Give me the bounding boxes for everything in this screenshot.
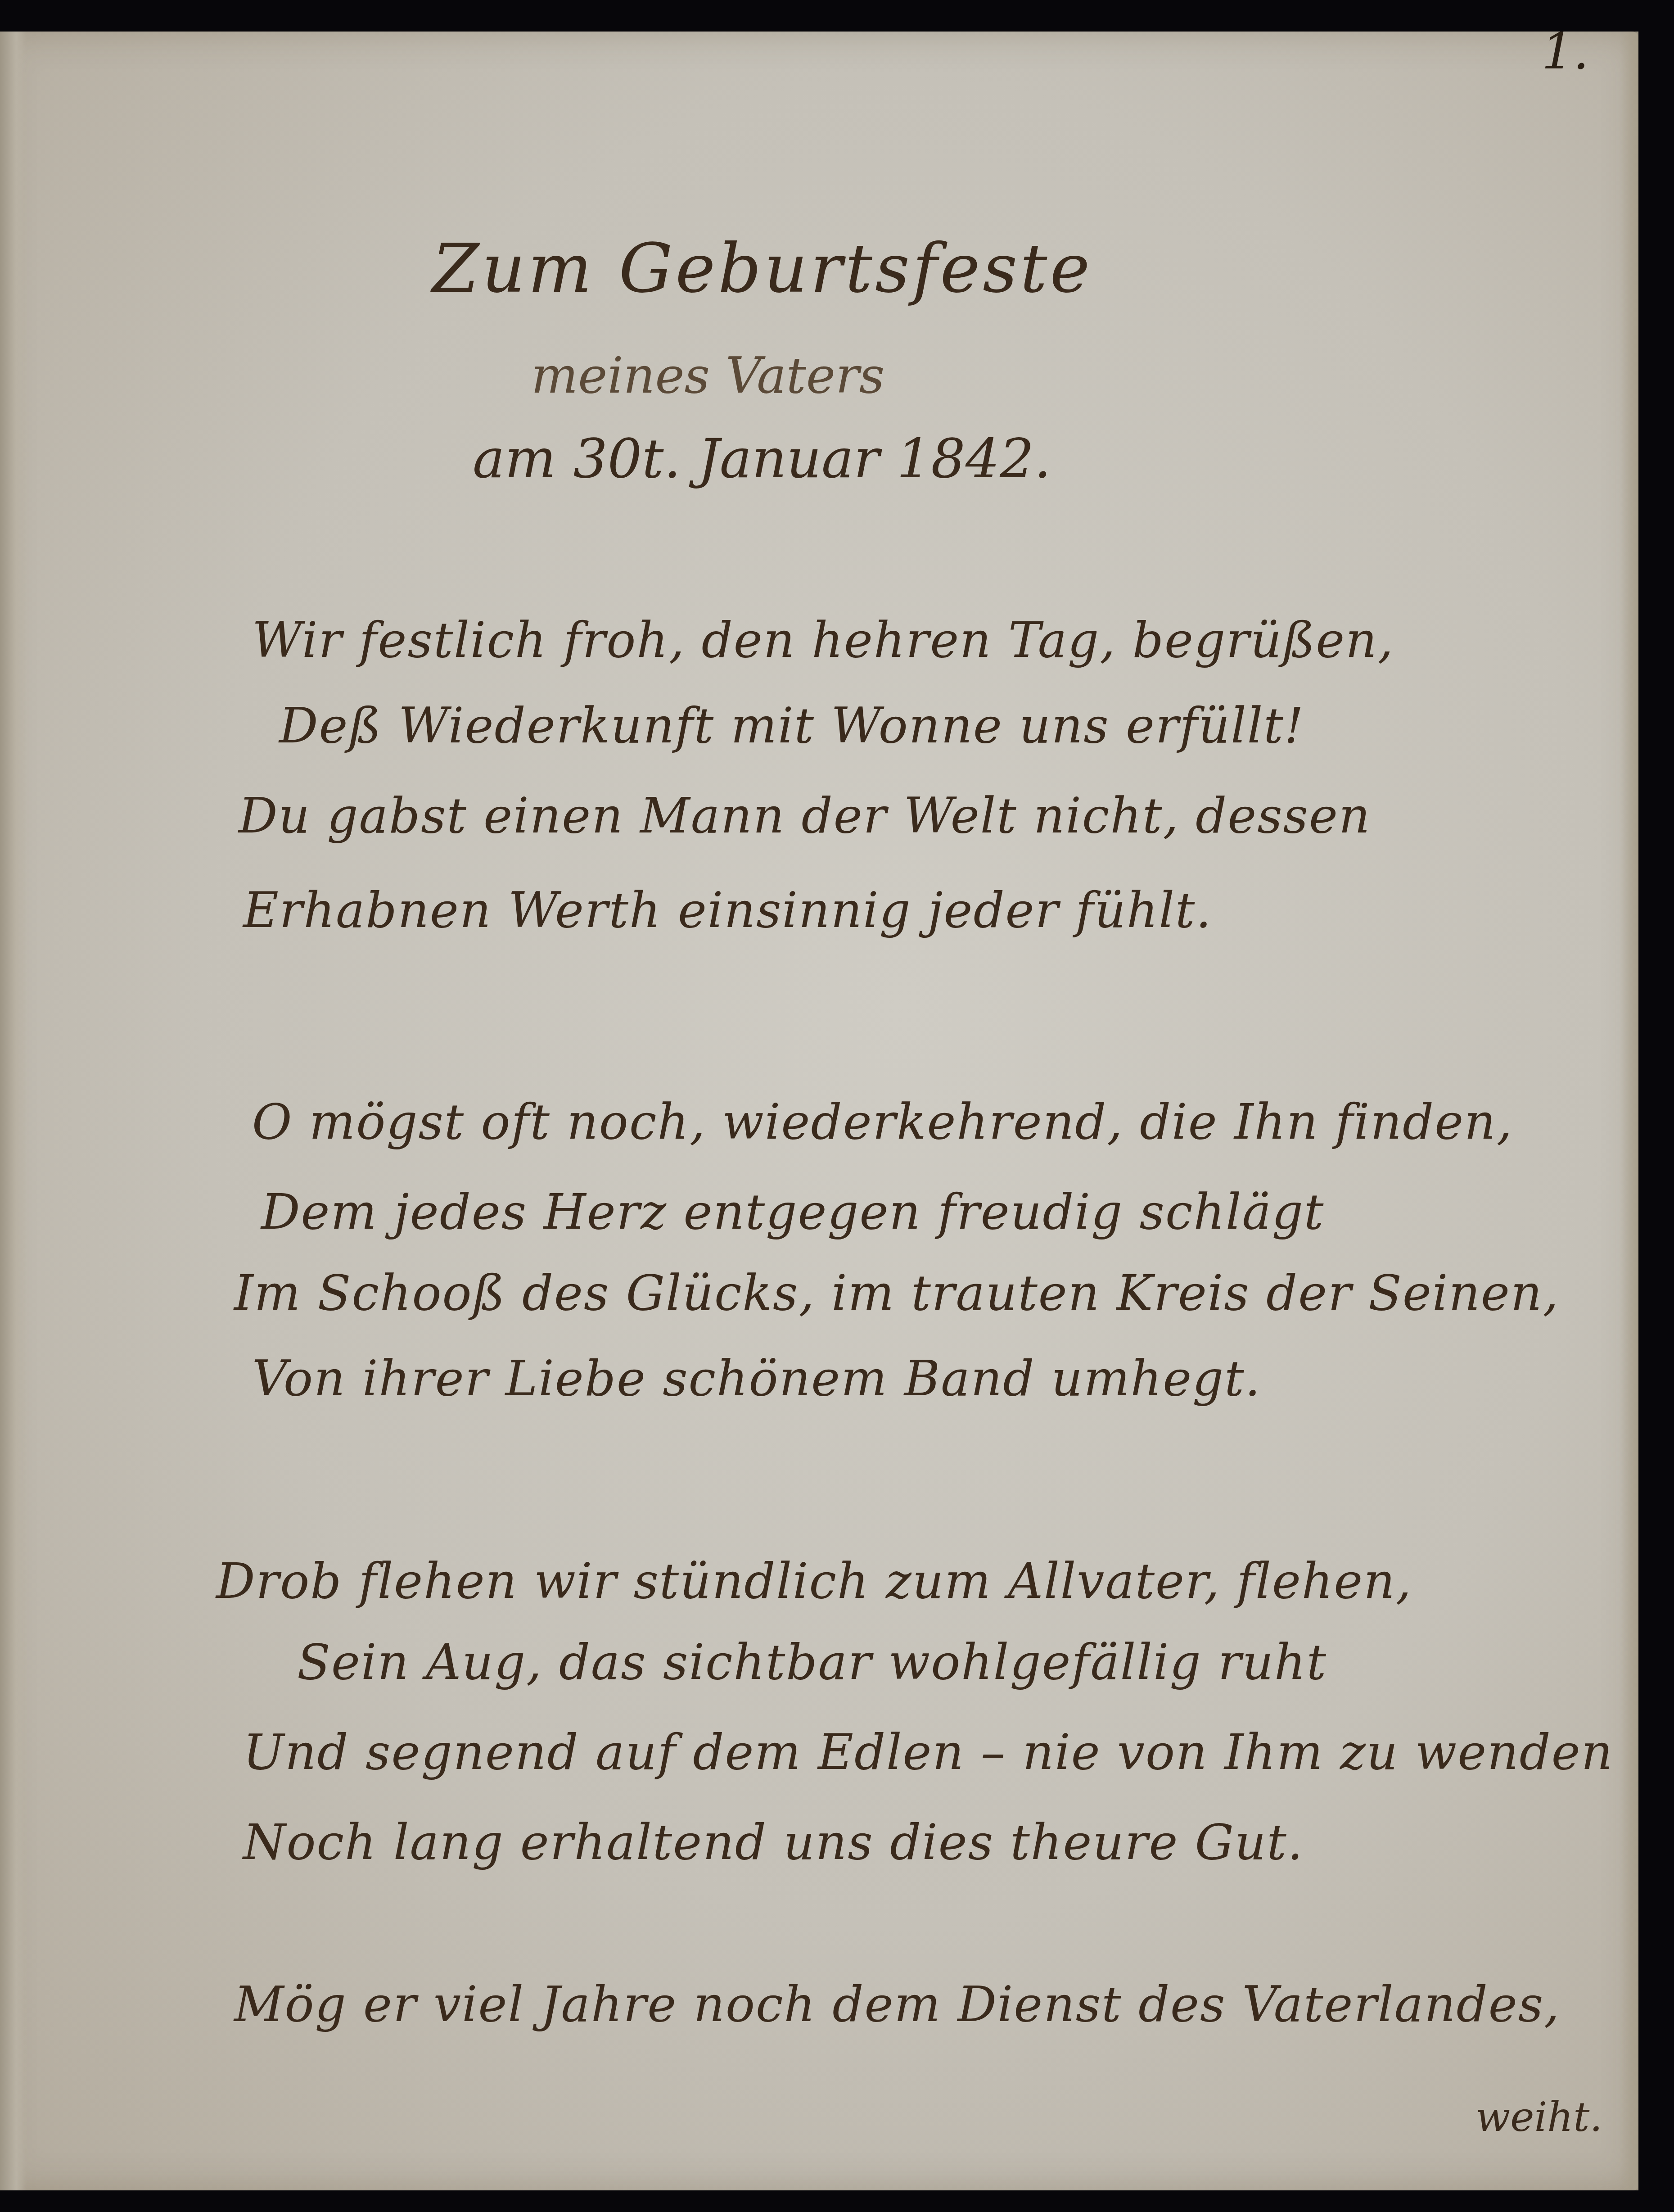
verse-line: Von ihrer Liebe schönem Band umhegt. (252, 1351, 1261, 1407)
catchword: weiht. (1475, 2094, 1602, 2141)
verse-line: Wir festlich froh, den hehren Tag, begrü… (252, 612, 1394, 669)
manuscript-page: 1. Zum Geburtsfeste meines Vaters am 30t… (0, 32, 1638, 2190)
verse-line: Du gabst einen Mann der Welt nicht, dess… (239, 788, 1371, 844)
poem-subtitle: meines Vaters (531, 347, 884, 404)
verse-line: Erhabnen Werth einsinnig jeder fühlt. (243, 882, 1212, 939)
poem-date: am 30t. Januar 1842. (473, 428, 1051, 490)
page-number: 1. (1542, 23, 1589, 80)
verse-line: Dem jedes Herz entgegen freudig schlägt (261, 1184, 1324, 1240)
book-gutter (0, 32, 27, 2190)
page-edge (1620, 32, 1638, 2190)
verse-line: O mögst oft noch, wiederkehrend, die Ihn… (252, 1094, 1513, 1150)
verse-line: Drob flehen wir stündlich zum Allvater, … (216, 1553, 1412, 1610)
verse-line: Mög er viel Jahre noch dem Dienst des Va… (234, 1977, 1560, 2033)
verse-line: Und segnend auf dem Edlen – nie von Ihm … (243, 1724, 1613, 1781)
verse-line: Sein Aug, das sichtbar wohlgefällig ruht (297, 1634, 1327, 1691)
verse-line: Im Schooß des Glücks, im trauten Kreis d… (234, 1265, 1559, 1321)
poem-title: Zum Geburtsfeste (432, 230, 1092, 308)
verse-line: Deß Wiederkunft mit Wonne uns erfüllt! (279, 698, 1304, 754)
verse-line: Noch lang erhaltend uns dies theure Gut. (243, 1814, 1304, 1871)
